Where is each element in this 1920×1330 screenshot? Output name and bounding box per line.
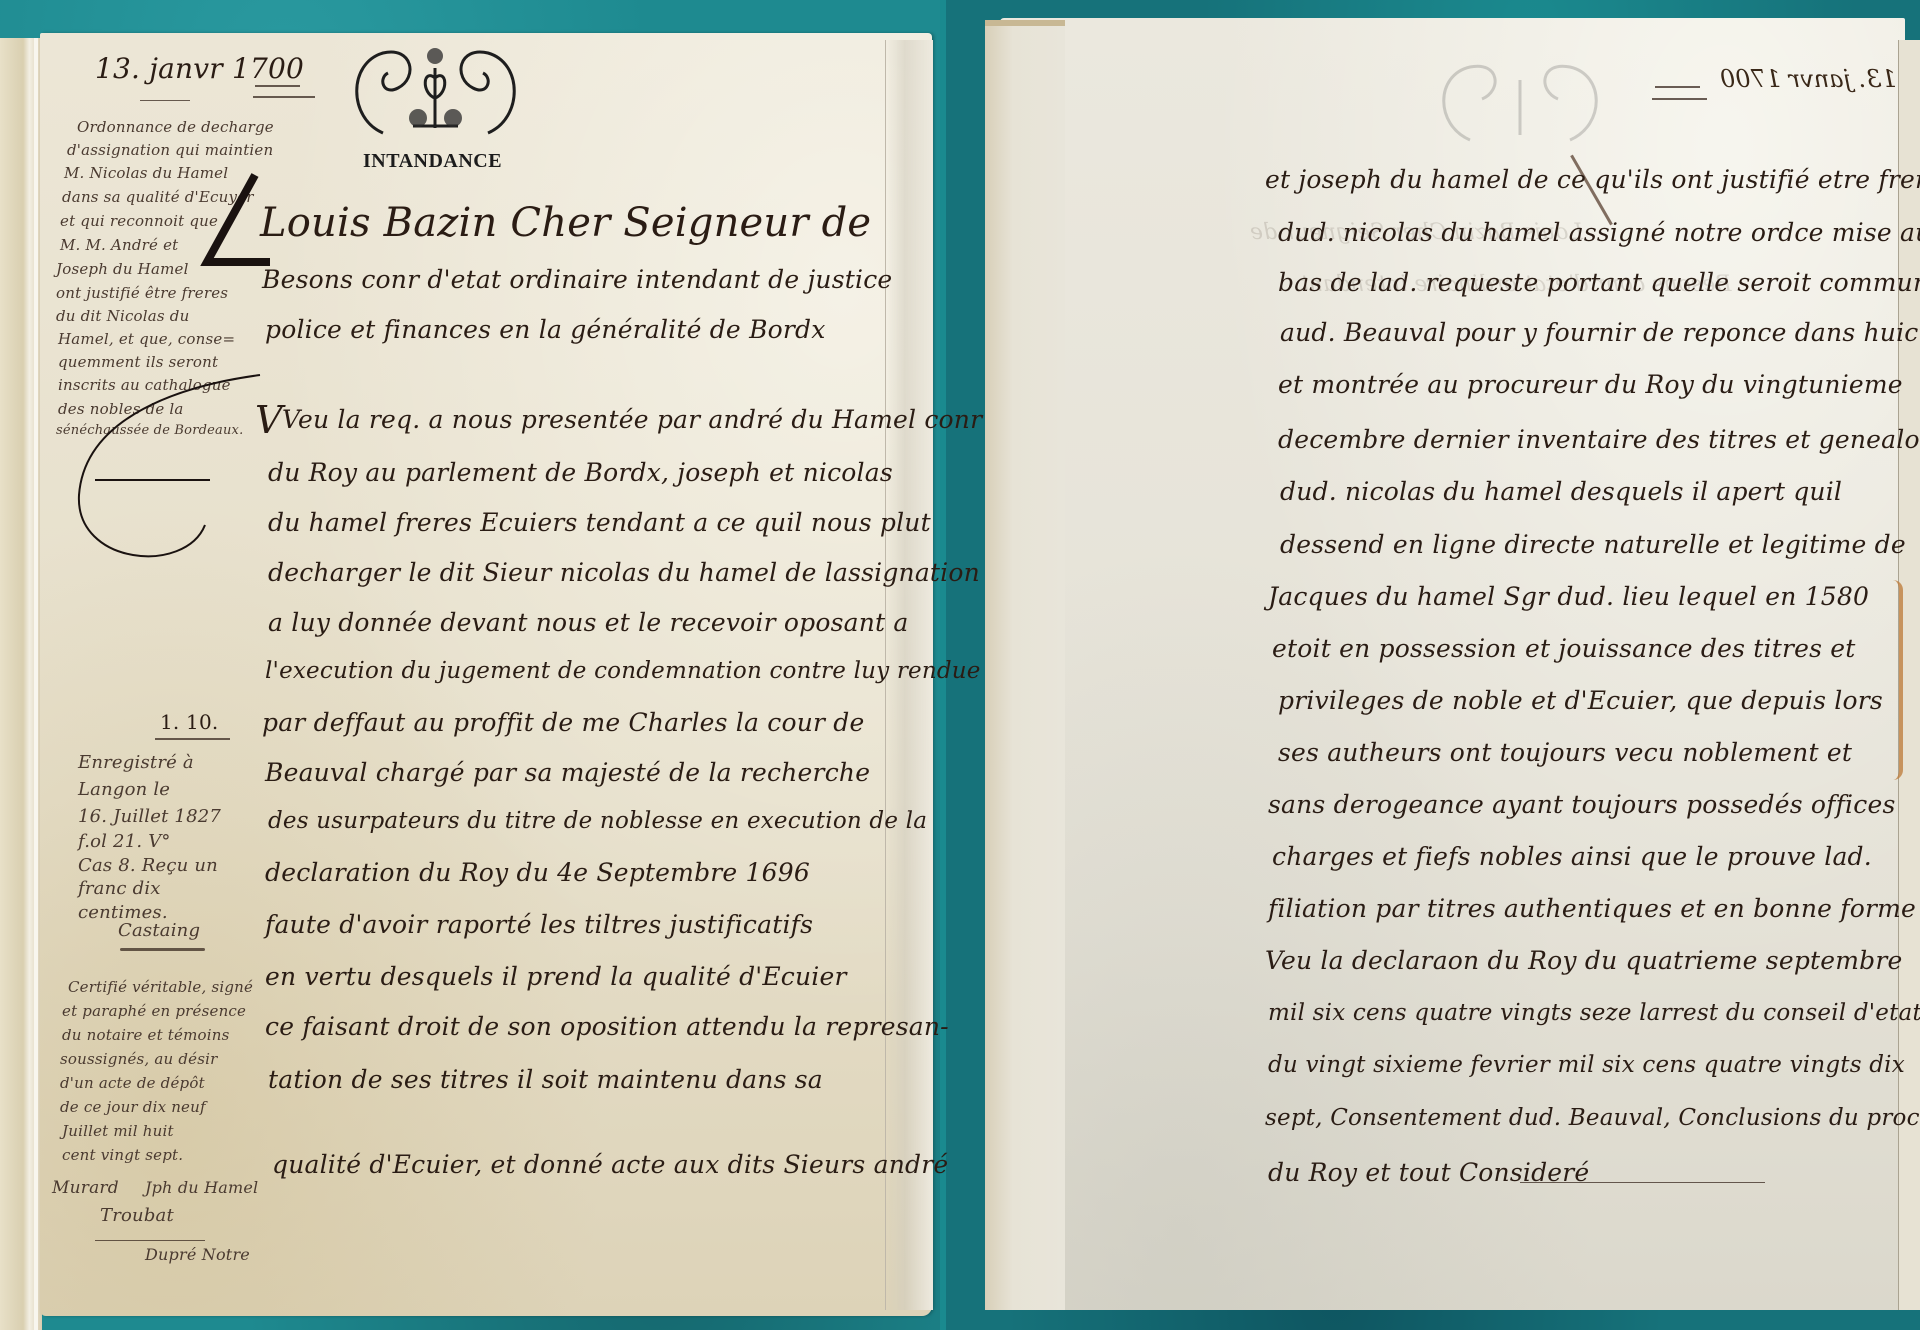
registration-line: franc dix bbox=[78, 878, 161, 899]
margin-note-line: Joseph du Hamel bbox=[56, 260, 189, 278]
signature-flourish bbox=[95, 1240, 205, 1241]
text-line: declaration du Roy du 4e Septembre 1696 bbox=[265, 858, 810, 887]
text-line: ses autheurs ont toujours vecu noblement… bbox=[1278, 738, 1852, 767]
closing-line bbox=[1520, 1182, 1765, 1183]
text-line: decembre dernier inventaire des titres e… bbox=[1278, 425, 1920, 454]
certification-line: cent vingt sept. bbox=[62, 1146, 183, 1164]
registration-line: Cas 8. Reçu un bbox=[78, 855, 218, 876]
date-mark-line-1 bbox=[255, 85, 300, 87]
text-line: du Roy au parlement de Bordx, joseph et … bbox=[268, 458, 893, 487]
signature: Troubat bbox=[100, 1205, 174, 1226]
text-line: Veu la declaraon du Roy du quatrieme sep… bbox=[1265, 946, 1903, 975]
signature: Jph du Hamel bbox=[145, 1178, 258, 1197]
text-line: mil six cens quatre vingts seze larrest … bbox=[1268, 1000, 1920, 1026]
margin-note-line: Hamel, et que, conse= bbox=[58, 330, 235, 348]
text-line: dessend en ligne directe naturelle et le… bbox=[1280, 530, 1906, 559]
certification-line: de ce jour dix neuf bbox=[60, 1098, 206, 1116]
text-line: tation de ses titres il soit maintenu da… bbox=[268, 1065, 823, 1094]
certification-line: Certifié véritable, signé bbox=[68, 978, 253, 996]
text-line: Beauval chargé par sa majesté de la rech… bbox=[265, 758, 870, 787]
text-line: faute d'avoir raporté les tiltres justif… bbox=[265, 910, 813, 939]
signature: Murard bbox=[52, 1178, 119, 1198]
right-page-left-fold bbox=[985, 20, 1065, 1310]
registration-line: Langon le bbox=[78, 779, 170, 800]
certification-line: du notaire et témoins bbox=[62, 1026, 230, 1044]
signature-flourish bbox=[120, 948, 205, 951]
text-line: dud. nicolas du hamel assigné notre ordc… bbox=[1278, 218, 1920, 247]
text-line: Jacques du hamel Sgr dud. lieu lequel en… bbox=[1268, 582, 1869, 611]
certification-line: et paraphé en présence bbox=[62, 1002, 246, 1020]
fee-underline bbox=[155, 738, 230, 740]
margin-note-line: d'assignation qui maintien bbox=[67, 141, 273, 159]
text-line: aud. Beauval pour y fournir de reponce d… bbox=[1280, 318, 1920, 347]
show-through-stamp-icon bbox=[1430, 55, 1610, 150]
decorative-flourish-V-icon bbox=[65, 365, 265, 565]
fleur-de-lis-stamp-icon bbox=[343, 38, 528, 148]
text-line: qualité d'Ecuier, et donné acte aux dits… bbox=[272, 1150, 948, 1179]
text-line: etoit en possession et jouissance des ti… bbox=[1272, 634, 1856, 663]
veu-initial: V bbox=[255, 398, 283, 442]
margin-note-line: Ordonnance de decharge bbox=[77, 118, 274, 136]
registration-line: 16. Juillet 1827 bbox=[78, 806, 221, 827]
registration-line: f.ol 21. V° bbox=[78, 831, 171, 852]
certification-line: d'un acte de dépôt bbox=[60, 1074, 205, 1092]
text-line: et joseph du hamel de ce qu'ils ont just… bbox=[1265, 165, 1920, 194]
header-date: 13. janvr 1700 bbox=[95, 52, 304, 85]
text-line: du hamel freres Ecuiers tendant a ce qui… bbox=[268, 508, 931, 537]
date-mark-line-1 bbox=[1655, 86, 1700, 88]
date-underline bbox=[140, 100, 190, 101]
text-line: par deffaut au proffit de me Charles la … bbox=[262, 708, 865, 737]
signature: Dupré Notre bbox=[145, 1245, 250, 1264]
date-mark-line-2 bbox=[253, 96, 315, 98]
text-line: Veu la req. a nous presentée par andré d… bbox=[282, 405, 982, 434]
text-line: decharger le dit Sieur nicolas du hamel … bbox=[268, 558, 980, 587]
text-line: Besons conr d'etat ordinaire intendant d… bbox=[262, 265, 892, 294]
margin-note-line: du dit Nicolas du bbox=[56, 307, 189, 325]
text-line: en vertu desquels il prend la qualité d'… bbox=[265, 962, 847, 991]
margin-note-line: ont justifié être freres bbox=[56, 284, 228, 302]
date-mark-line-2 bbox=[1652, 98, 1707, 100]
text-line: dud. nicolas du hamel desquels il apert … bbox=[1280, 477, 1842, 506]
text-line: l'execution du jugement de condemnation … bbox=[265, 658, 981, 684]
text-line: sept, Consentement dud. Beauval, Conclus… bbox=[1265, 1105, 1920, 1131]
text-line: privileges de noble et d'Ecuier, que dep… bbox=[1278, 686, 1883, 715]
document-title: Louis Bazin Cher Seigneur de bbox=[260, 200, 871, 246]
text-line: sans derogeance ayant toujours possedés … bbox=[1268, 790, 1895, 819]
mirrored-header-date: 13. janvr 1700 bbox=[1720, 65, 1897, 93]
rust-stain bbox=[1893, 580, 1903, 780]
text-line: filiation par titres authentiques et en … bbox=[1268, 894, 1916, 923]
margin-note-line: M. M. André et bbox=[60, 236, 178, 254]
text-line: bas de lad. requeste portant quelle sero… bbox=[1278, 268, 1920, 297]
intandance-stamp-label: INTANDANCE bbox=[363, 150, 502, 173]
text-line: a luy donnée devant nous et le recevoir … bbox=[268, 608, 909, 637]
text-line: charges et fiefs nobles ainsi que le pro… bbox=[1272, 842, 1872, 871]
text-line: ce faisant droit de son oposition attend… bbox=[265, 1012, 949, 1041]
text-line: police et finances en la généralité de B… bbox=[265, 315, 826, 344]
certification-line: Juillet mil huit bbox=[62, 1122, 174, 1140]
text-line: du vingt sixieme fevrier mil six cens qu… bbox=[1268, 1052, 1905, 1078]
fold-crease bbox=[34, 38, 38, 1330]
text-line: des usurpateurs du titre de noblesse en … bbox=[268, 808, 927, 834]
fee-amount: 1. 10. bbox=[160, 710, 218, 734]
text-line: et montrée au procureur du Roy du vingtu… bbox=[1278, 370, 1903, 399]
registration-line: Enregistré à bbox=[78, 752, 194, 773]
registrar-signature: Castaing bbox=[118, 920, 200, 941]
certification-line: soussignés, au désir bbox=[60, 1050, 217, 1068]
